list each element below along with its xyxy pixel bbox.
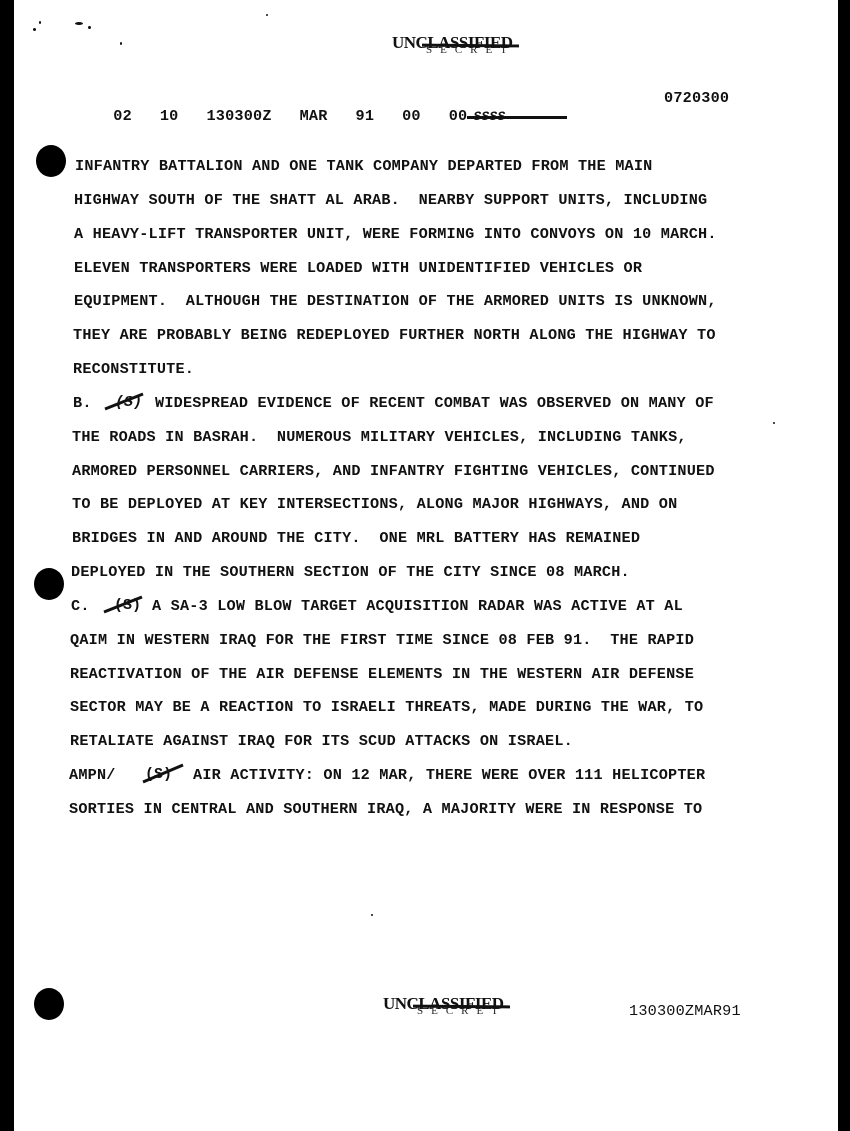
text-line: ARMORED PERSONNEL CARRIERS, AND INFANTRY… (72, 462, 715, 480)
text-line: ELEVEN TRANSPORTERS WERE LOADED WITH UNI… (74, 259, 642, 277)
scan-speck (75, 22, 83, 25)
text-line: INFANTRY BATTALION AND ONE TANK COMPANY … (75, 157, 652, 175)
text-line: A HEAVY-LIFT TRANSPORTER UNIT, WERE FORM… (74, 225, 717, 243)
punch-hole (36, 145, 66, 177)
text-line: SORTIES IN CENTRAL AND SOUTHERN IRAQ, A … (69, 800, 702, 818)
text-line: RETALIATE AGAINST IRAQ FOR ITS SCUD ATTA… (70, 732, 573, 750)
text-line: REACTIVATION OF THE AIR DEFENSE ELEMENTS… (70, 665, 694, 683)
text-line: EQUIPMENT. ALTHOUGH THE DESTINATION OF T… (74, 292, 717, 310)
header-field: 00 (402, 107, 421, 125)
header-field: 00 (449, 107, 468, 125)
text-line: TO BE DEPLOYED AT KEY INTERSECTIONS, ALO… (72, 495, 677, 513)
text-line: AIR ACTIVITY: ON 12 MAR, THERE WERE OVER… (193, 766, 705, 784)
classification-top: UNCLASSIFIED SECRET (392, 33, 513, 53)
header-field: 10 (160, 107, 179, 125)
document-page: UNCLASSIFIED SECRET 02 10 130300Z MAR 91… (14, 0, 838, 1131)
message-header: 02 10 130300Z MAR 91 00 00SSSS (76, 89, 505, 143)
text-line: THEY ARE PROBABLY BEING REDEPLOYED FURTH… (73, 326, 716, 344)
text-line: SECTOR MAY BE A REACTION TO ISRAELI THRE… (70, 698, 703, 716)
scan-speck (33, 28, 36, 31)
text-line: HIGHWAY SOUTH OF THE SHATT AL ARAB. NEAR… (74, 191, 707, 209)
text-line: A SA-3 LOW BLOW TARGET ACQUISITION RADAR… (152, 597, 683, 615)
header-struck-field: SSSS (473, 107, 505, 125)
message-number: 0720300 (664, 89, 729, 107)
header-field: 91 (356, 107, 375, 125)
text-line: DEPLOYED IN THE SOUTHERN SECTION OF THE … (71, 563, 630, 581)
text-line: BRIDGES IN AND AROUND THE CITY. ONE MRL … (72, 529, 640, 547)
text-line: QAIM IN WESTERN IRAQ FOR THE FIRST TIME … (70, 631, 694, 649)
scan-speck (39, 21, 41, 24)
scan-edge-left (0, 0, 14, 1131)
text-line: RECONSTITUTE. (73, 360, 194, 378)
paragraph-label: AMPN/ (69, 766, 116, 784)
strikethrough-line (467, 116, 567, 119)
redaction-scribble: (S) (102, 592, 148, 614)
paragraph-label: B. (73, 394, 92, 412)
scan-speck (88, 26, 91, 29)
scan-speck (371, 914, 373, 916)
paragraph-label: C. (71, 597, 90, 615)
classification-bottom: UNCLASSIFIED SECRET (383, 994, 504, 1014)
redaction-scribble: (S) (141, 761, 187, 785)
punch-hole (34, 988, 64, 1020)
scan-edge-right (838, 0, 850, 1131)
scan-speck (773, 422, 775, 424)
scan-speck (266, 14, 268, 16)
text-line: WIDESPREAD EVIDENCE OF RECENT COMBAT WAS… (155, 394, 714, 412)
text-line: THE ROADS IN BASRAH. NUMEROUS MILITARY V… (72, 428, 687, 446)
scan-speck (120, 42, 122, 45)
footer-dtg: 130300ZMAR91 (629, 1002, 741, 1020)
header-field: 02 (113, 107, 132, 125)
header-field: MAR (300, 107, 328, 125)
punch-hole (34, 568, 64, 600)
redaction-scribble: (S) (103, 390, 149, 412)
header-field: 130300Z (206, 107, 271, 125)
